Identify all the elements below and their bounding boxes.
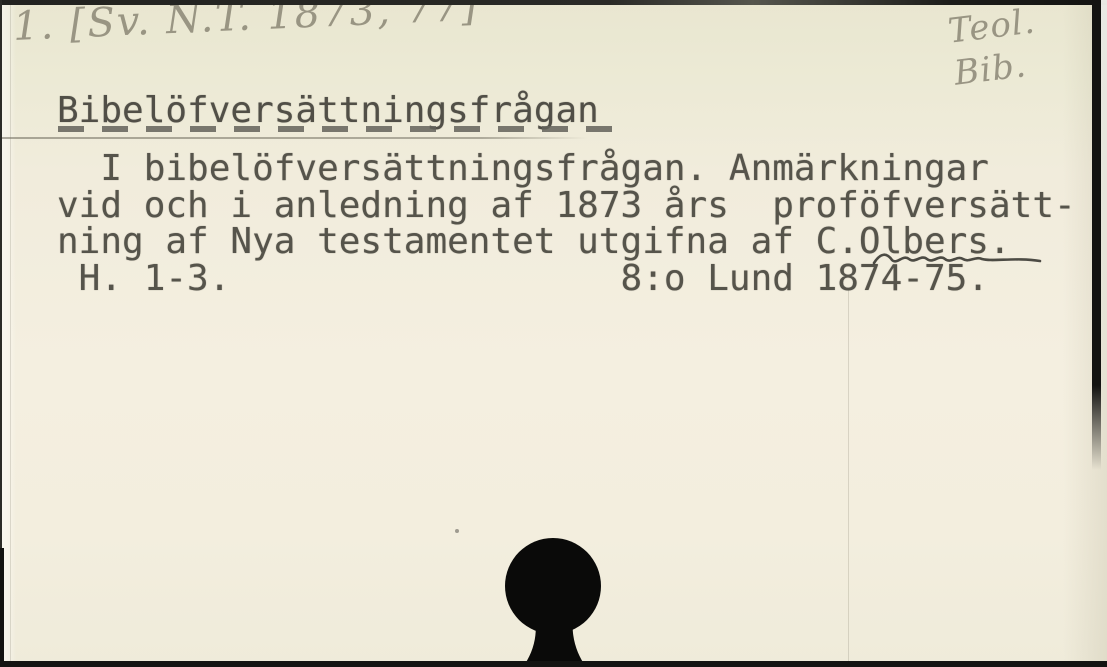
catalog-card-scan: 1. [Sv. N.T. 1873, 77] Teol. Bib. Bibelö… [0, 0, 1107, 667]
card-ruled-line [0, 137, 588, 139]
pencil-squiggle-underline-icon [872, 248, 1044, 274]
speckle-dot [455, 529, 459, 533]
card-body: I bibelöfversättningsfrågan. Anmärkninga… [57, 151, 1076, 297]
scan-edge-top [0, 0, 1107, 5]
scan-edge-bottom [0, 661, 1107, 667]
card-crease [848, 290, 849, 667]
scan-edge-right [1092, 0, 1101, 470]
heading-dashed-underline [58, 126, 624, 132]
body-line: vid och i anledning af 1873 års proföfve… [57, 188, 1076, 225]
keyhole-icon [495, 530, 615, 667]
scan-edge-left-lower [0, 548, 4, 667]
card-left-edge [10, 0, 11, 667]
body-line: I bibelöfversättningsfrågan. Anmärkninga… [57, 151, 1076, 188]
card-heading: Bibelöfversättningsfrågan [57, 93, 599, 129]
scan-edge-right-sliver [1101, 0, 1107, 470]
